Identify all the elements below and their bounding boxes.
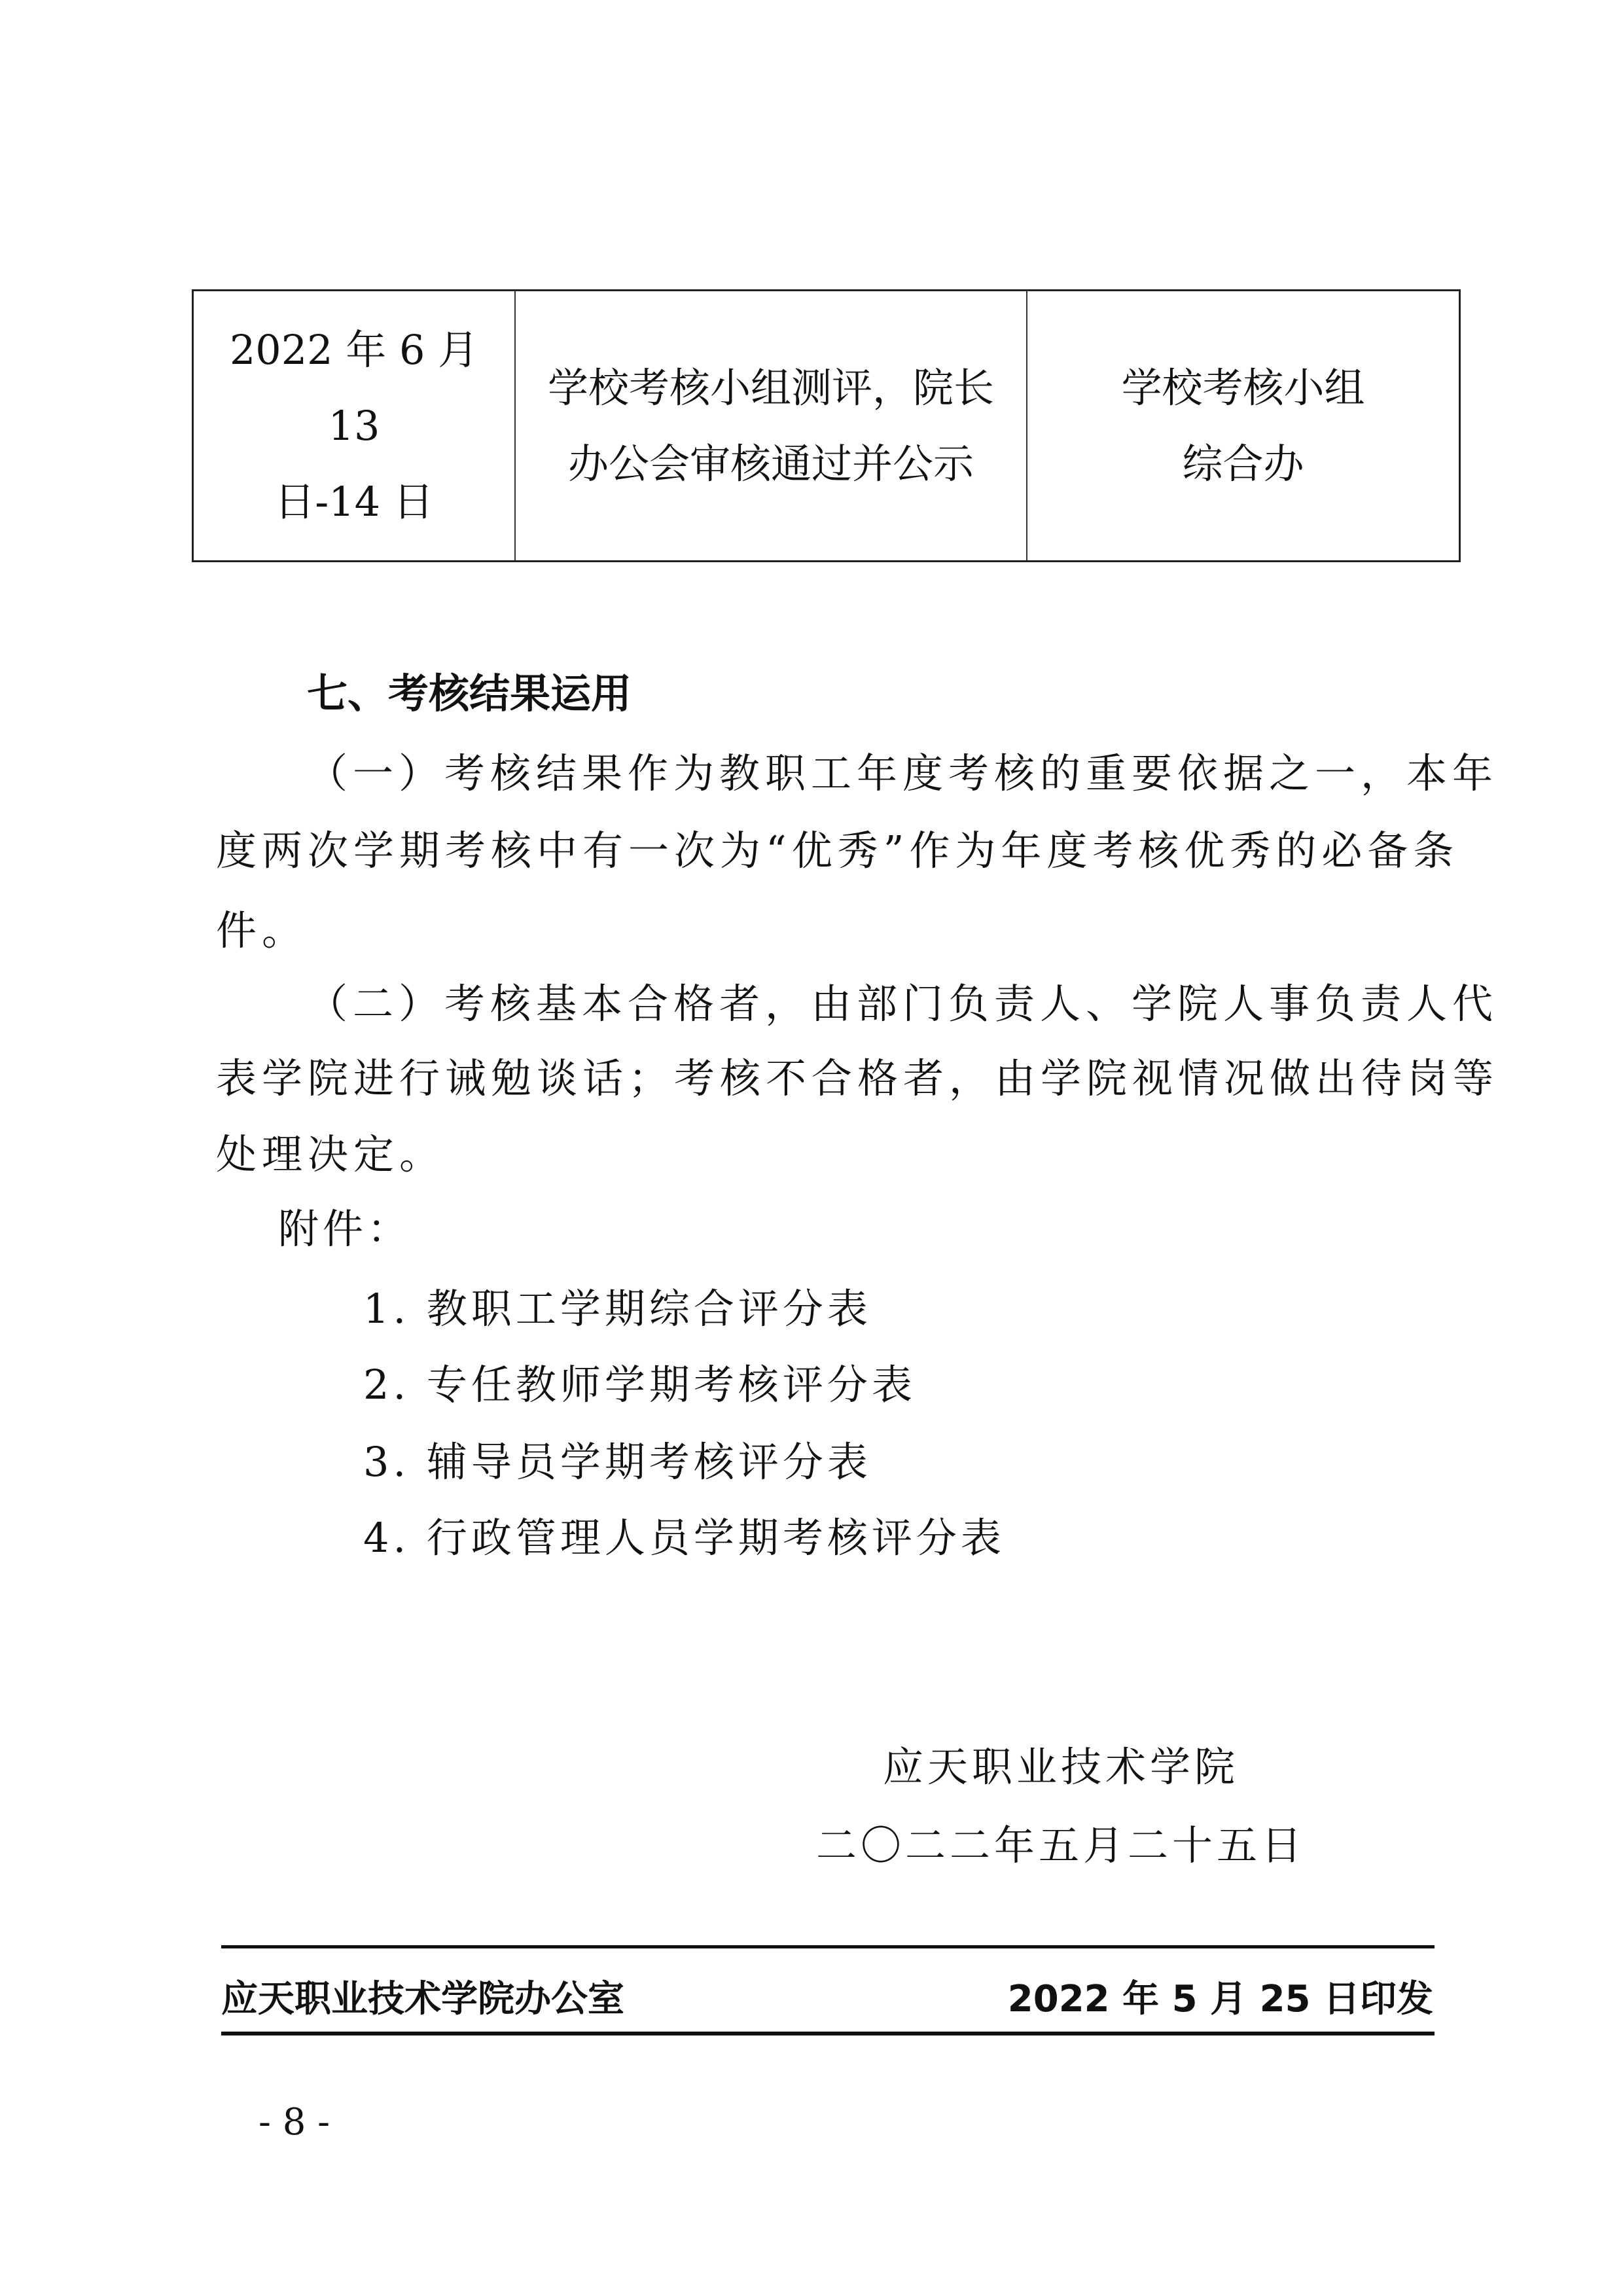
signature-organization: 应天职业技术学院: [883, 1734, 1239, 1793]
date-cell: 2022 年 6 月 13 日-14 日: [193, 291, 516, 562]
section-heading: 七、考核结果运用: [307, 661, 632, 719]
attachments-label: 附件：: [278, 1196, 412, 1255]
footer-top-rule: [221, 1945, 1435, 1948]
attachment-item-4: 4. 行政管理人员学期考核评分表: [363, 1505, 1005, 1564]
footer-bottom-rule: [221, 2032, 1435, 2036]
paragraph-2-line-2: 表学院进行诫勉谈话；考核不合格者，由学院视情况做出待岗等: [216, 1046, 1499, 1104]
paragraph-1-line-1: （一）考核结果作为教职工年度考核的重要依据之一，本年: [307, 741, 1498, 799]
owner-line-1: 学校考核小组: [1034, 350, 1452, 426]
date-line-1: 2022 年 6 月 13: [200, 312, 508, 464]
table-row: 2022 年 6 月 13 日-14 日 学校考核小组测评，院长 办公会审核通过…: [193, 291, 1460, 562]
task-line-1: 学校考核小组测评，院长: [522, 350, 1020, 426]
task-cell: 学校考核小组测评，院长 办公会审核通过并公示: [515, 291, 1027, 562]
attachment-item-3: 3. 辅导员学期考核评分表: [363, 1429, 872, 1488]
page-number: - 8 -: [259, 2101, 330, 2144]
owner-cell: 学校考核小组 综合办: [1027, 291, 1460, 562]
date-line-2: 日-14 日: [200, 464, 508, 540]
paragraph-1-line-3: 件。: [216, 898, 308, 956]
paragraph-1-line-2: 度两次学期考核中有一次为“优秀”作为年度考核优秀的必备条: [216, 818, 1459, 876]
owner-line-2: 综合办: [1034, 426, 1452, 502]
paragraph-2-line-3: 处理决定。: [216, 1122, 445, 1180]
footer-issuer: 应天职业技术学院办公室: [221, 1970, 624, 2022]
paragraph-2-line-1: （二）考核基本合格者，由部门负责人、学院人事负责人代: [307, 971, 1498, 1030]
task-line-2: 办公会审核通过并公示: [522, 426, 1020, 502]
signature-date: 二〇二二年五月二十五日: [816, 1813, 1306, 1871]
footer-issue-date: 2022 年 5 月 25 日印发: [1008, 1970, 1433, 2022]
attachment-item-2: 2. 专任教师学期考核评分表: [363, 1352, 916, 1410]
attachment-item-1: 1. 教职工学期综合评分表: [363, 1276, 872, 1335]
schedule-table: 2022 年 6 月 13 日-14 日 学校考核小组测评，院长 办公会审核通过…: [192, 289, 1461, 562]
